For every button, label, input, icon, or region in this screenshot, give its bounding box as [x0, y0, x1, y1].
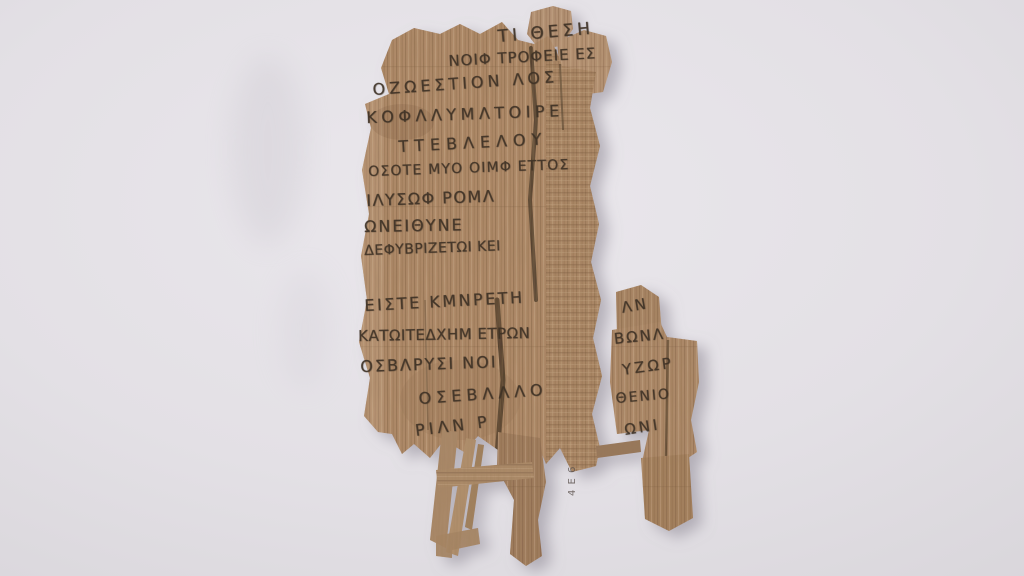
- wall-smudge: [279, 270, 331, 390]
- papyrus-texture: [641, 454, 693, 531]
- wall-smudge: [230, 55, 306, 245]
- papyrus-photo: [0, 0, 1024, 576]
- photo-scene: ΤΙ ΘΕΣΗ ΝΟΙΦ ΤΡΟΦΕΙΕ ΕΣ ΟΖΩΕΣΤΙΟΝ ΛΟΣ ΚΟ…: [0, 0, 1024, 576]
